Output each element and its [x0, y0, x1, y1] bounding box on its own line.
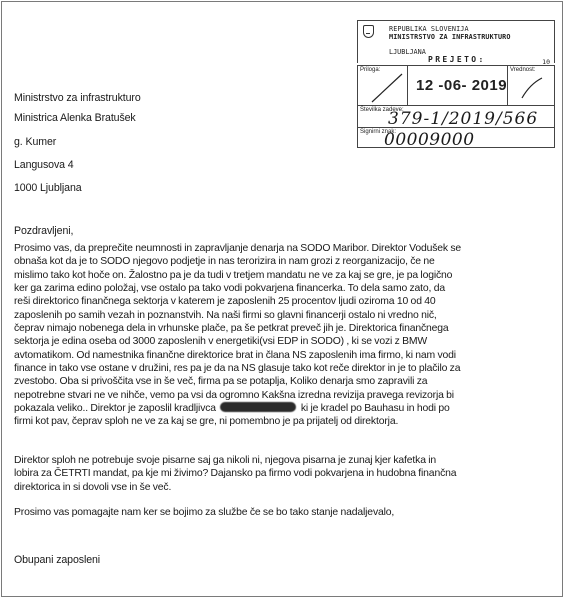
stamp-file-number: 379-1/2019/566: [388, 109, 538, 129]
paragraph-1-line: ker ga zarima edino položaj, vse ostalo …: [14, 282, 546, 295]
paragraph-2-line: direktorica in si dovoli vse in še več.: [14, 481, 546, 494]
recipient-line-5: 1000 Ljubljana: [14, 182, 82, 194]
reception-stamp: REPUBLIKA SLOVENIJA MINISTRSTVO ZA INFRA…: [357, 20, 555, 148]
paragraph-3: Prosimo vas pomagajte nam ker se bojimo …: [14, 506, 546, 519]
paragraph-2: Direktor sploh ne potrebuje svoje pisarn…: [14, 454, 546, 494]
paragraph-1-line: zaposlenih po samih vezah in poznanstvih…: [14, 309, 546, 322]
paragraph-1-line: čeprav nimajo nobenega dela in vrhunske …: [14, 322, 546, 335]
stamp-value-cell: Vrednost:: [507, 66, 554, 105]
scanned-letter-page: REPUBLIKA SLOVENIJA MINISTRSTVO ZA INFRA…: [1, 1, 563, 597]
paragraph-1: Prosimo vas, da preprečite neumnosti in …: [14, 242, 546, 429]
redacted-line-after: ki je kradel po Bauhasu in hodi po: [301, 403, 450, 414]
paragraph-1-line: sektorja je edina oseba od 3000 zaposlen…: [14, 335, 546, 348]
coat-of-arms-icon: [363, 25, 374, 38]
paragraph-1-line: reši direktorico finančnega sektorja v k…: [14, 295, 546, 308]
stamp-attachment-cell: Priloga:: [358, 66, 408, 105]
paragraph-1-line: avtomatikom. Od namestnika finančne dire…: [14, 349, 546, 362]
stamp-grid: Priloga: 12 -06- 2019 Vrednost: Številka…: [357, 65, 555, 148]
stamp-received-date: 12 -06- 2019: [416, 77, 507, 94]
stamp-attachment-label: Priloga:: [360, 67, 380, 73]
stamp-issuer-city: LJUBLJANA: [389, 48, 426, 56]
stamp-row-date: Priloga: 12 -06- 2019 Vrednost:: [358, 66, 554, 106]
paragraph-1-line: firmi kot pav, čeprav sploh ne ve za kaj…: [14, 415, 546, 428]
paragraph-2-line: Direktor sploh ne potrebuje svoje pisarn…: [14, 454, 546, 467]
paragraph-1-line: Prosimo vas, da preprečite neumnosti in …: [14, 242, 546, 255]
paragraph-1-line: zvestobo. Oba si privoščita vse in še ve…: [14, 375, 546, 388]
paragraph-1-redacted-line: pokazala veliko.. Direktor je zaposlil k…: [14, 402, 546, 415]
recipient-line-1: Ministrstvo za infrastrukturo: [14, 92, 141, 104]
stamp-header: REPUBLIKA SLOVENIJA MINISTRSTVO ZA INFRA…: [357, 20, 555, 63]
paragraph-1-line: mislimo tako kot hoče on. Žalostno pa je…: [14, 269, 546, 282]
stamp-row-signature-code: Signirni znak: 00009000: [358, 128, 554, 148]
stamp-issuer-line2: MINISTRSTVO ZA INFRASTRUKTURO: [389, 33, 511, 41]
redacted-line-before: pokazala veliko.. Direktor je zaposlil k…: [14, 403, 216, 414]
signature: Obupani zaposleni: [14, 554, 100, 566]
recipient-line-4: Langusova 4: [14, 159, 74, 171]
recipient-line-3: g. Kumer: [14, 136, 56, 148]
paragraph-1-line: obnaša kot da je to SODO njegovo podjetj…: [14, 255, 546, 268]
paragraph-2-line: lobira za ČETRTI mandat, pa kje mi živim…: [14, 467, 546, 480]
stamp-received-label: PREJETO:: [428, 55, 486, 64]
stamp-issuer-line1: REPUBLIKA SLOVENIJA: [389, 25, 469, 33]
paragraph-1-line: finance in tako vse ostane v družini, re…: [14, 362, 546, 375]
greeting: Pozdravljeni,: [14, 225, 73, 237]
stamp-row-file-number: Številka zadeve: 379-1/2019/566: [358, 106, 554, 128]
stamp-value-label: Vrednost:: [510, 67, 535, 73]
paragraph-1-line: nepotrebne stvari ne ve nihče, vemo pa v…: [14, 389, 546, 402]
stamp-signature-code: 00009000: [384, 130, 475, 150]
redaction-mark: [220, 402, 296, 412]
recipient-line-2: Ministrica Alenka Bratušek: [14, 112, 136, 124]
